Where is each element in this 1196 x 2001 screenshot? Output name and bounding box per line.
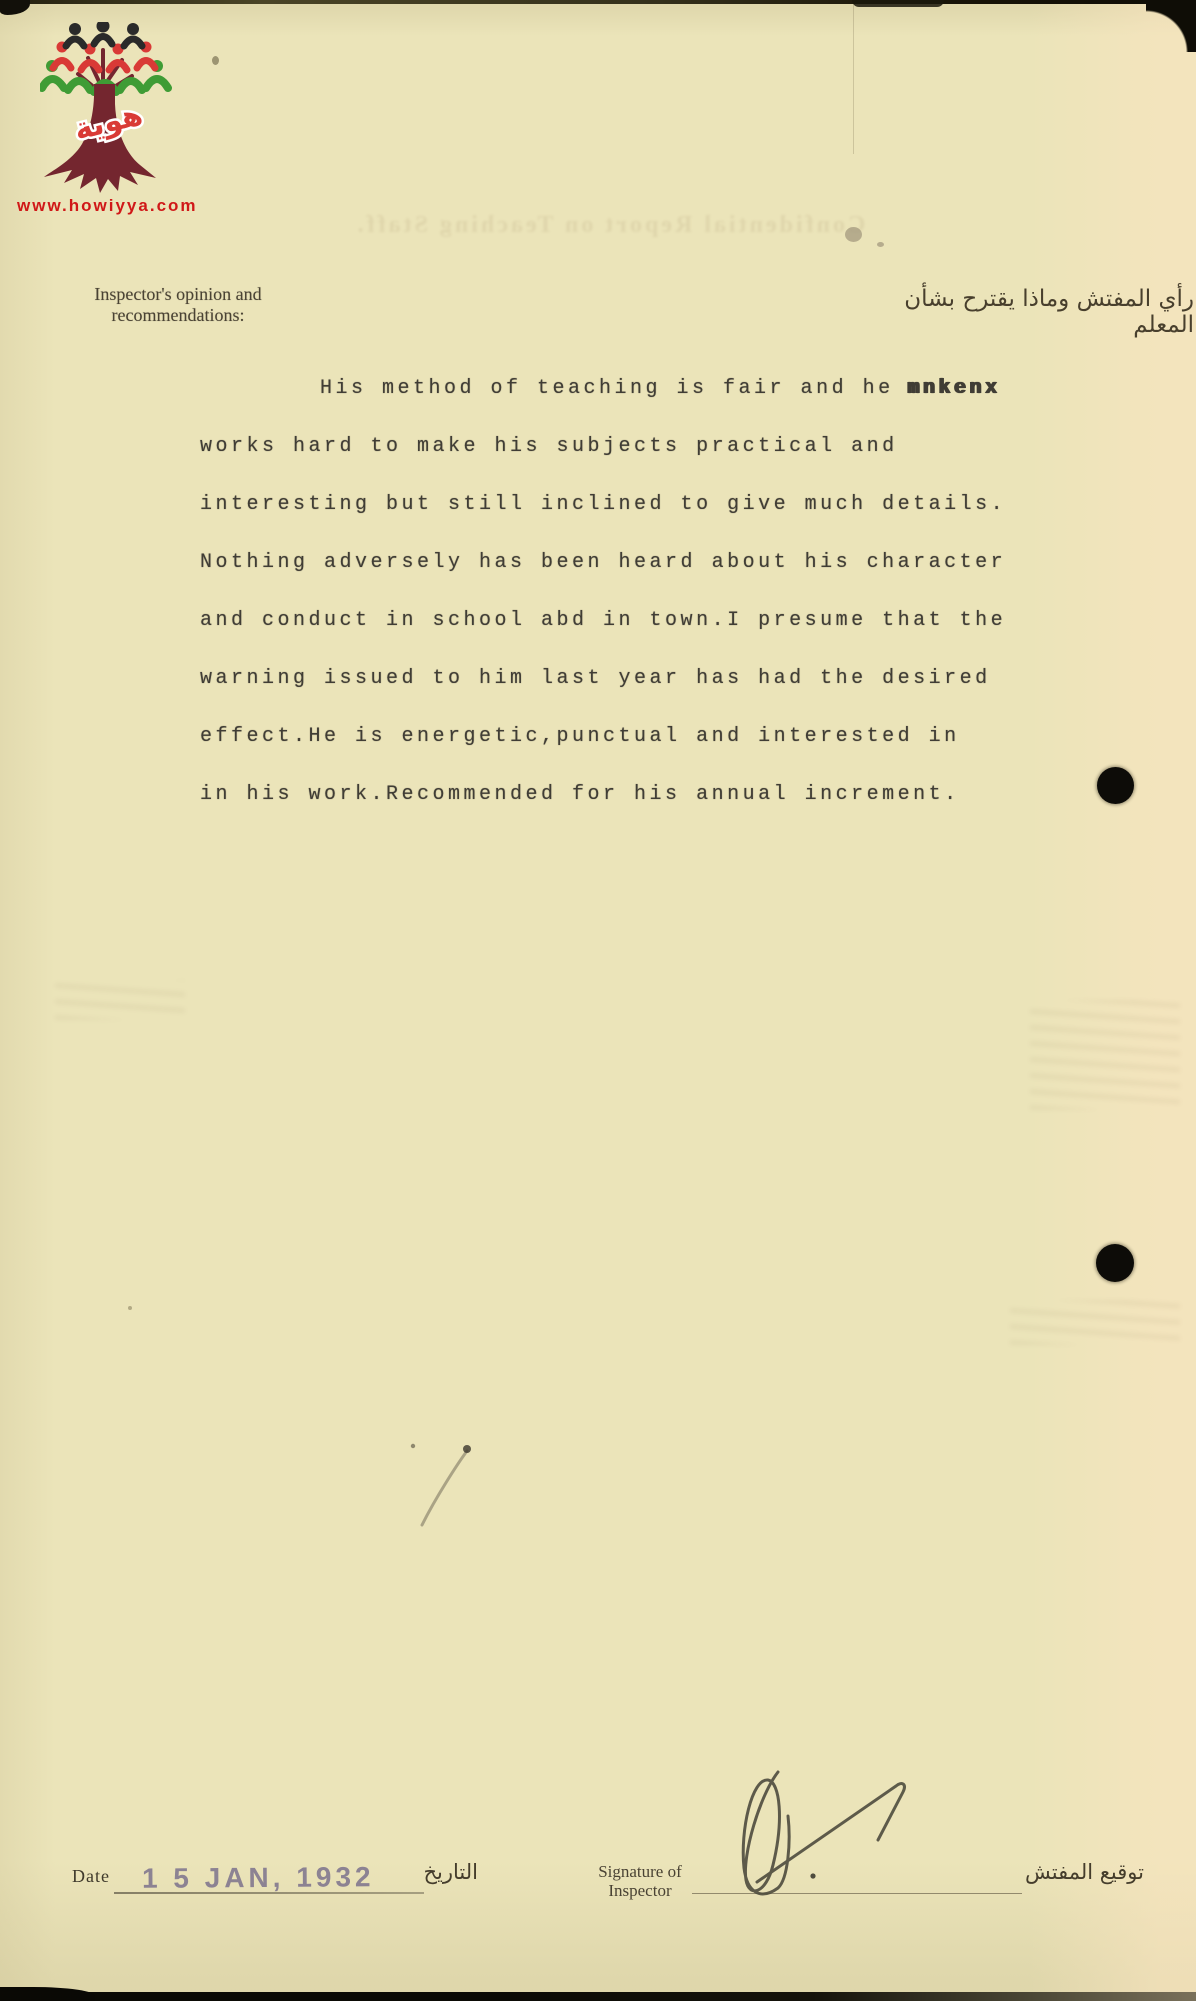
report-line: warning issued to him last year has had … <box>200 650 1060 708</box>
tree-of-people-icon: هوية <box>40 22 180 198</box>
report-line: works hard to make his subjects practica… <box>200 418 1060 476</box>
paper-speck <box>212 56 219 65</box>
report-line: and conduct in school abd in town.I pres… <box>200 592 1060 650</box>
scan-edge-bottom <box>0 1992 1196 2001</box>
report-line: interesting but still inclined to give m… <box>200 476 1060 534</box>
scan-corner-top-left <box>0 0 30 15</box>
hole-punch-mark <box>1096 1244 1134 1282</box>
report-line: Nothing adversely has been heard about h… <box>200 534 1060 592</box>
overstruck-word: mnkenx <box>908 377 1001 400</box>
inspector-opinion-label-arabic: رأي المفتش وماذا يقترح بشأن المعلم <box>849 286 1194 338</box>
inspector-opinion-label-line1: Inspector's opinion and <box>58 284 298 305</box>
howiyya-logo: هوية <box>40 22 180 198</box>
scan-edge-top <box>0 0 1196 4</box>
inspector-opinion-label-line2: recommendations: <box>58 305 298 326</box>
report-line: effect.He is energetic,punctual and inte… <box>200 708 1060 766</box>
bleedthrough-smudge <box>1030 1000 1180 1110</box>
date-label: Date <box>72 1866 110 1887</box>
signature-label-line2: Inspector <box>580 1881 700 1900</box>
signature-label-arabic: توقيع المفتش <box>1024 1860 1144 1884</box>
ink-blot <box>845 227 862 242</box>
report-line: in his work.Recommended for his annual i… <box>200 766 1060 824</box>
bleedthrough-smudge <box>1010 1300 1180 1345</box>
paper-fold-line <box>853 4 854 154</box>
bleedthrough-title: Confidential Report on Teaching Staff. <box>330 212 890 239</box>
scan-corner-bottom-left <box>0 1987 95 2001</box>
watermark-url: www.howiyya.com <box>17 196 217 216</box>
pen-scratch-mark <box>400 1435 490 1540</box>
scanned-document-page: هوية www.howiyya.com Confidential Report… <box>0 0 1196 2001</box>
report-text: His method of teaching is fair and hemnk… <box>200 360 1060 824</box>
bleedthrough-smudge <box>55 980 185 1020</box>
date-label-arabic: التاريخ <box>418 1860 478 1884</box>
hole-punch-mark <box>1097 767 1134 804</box>
logo-calligraphy: هوية <box>71 97 146 148</box>
signature-label-line1: Signature of <box>580 1862 700 1881</box>
inspector-signature <box>700 1760 915 1910</box>
report-line: His method of teaching is fair and hemnk… <box>200 360 1060 418</box>
scan-edge-blob <box>852 0 944 7</box>
signature-label: Signature of Inspector <box>580 1862 700 1900</box>
inspector-opinion-label: Inspector's opinion and recommendations: <box>58 284 298 326</box>
date-stamp: 1 5 JAN, 1932 <box>142 1861 375 1895</box>
paper-speck <box>128 1306 132 1310</box>
scan-corner-top-right <box>1146 0 1196 52</box>
